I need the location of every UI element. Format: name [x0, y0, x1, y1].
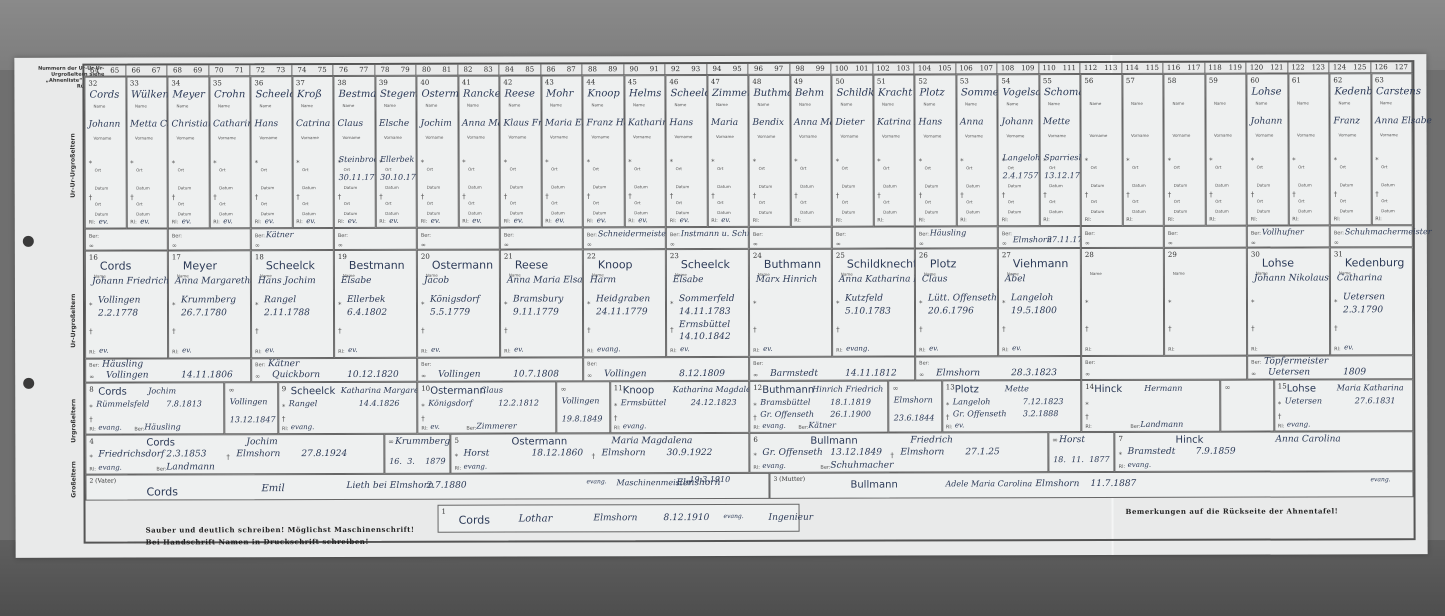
religion: ev.	[431, 217, 441, 225]
died-symbol: †	[614, 414, 618, 422]
surname: Kracht	[878, 87, 912, 98]
vorname-label: Vorname	[1297, 132, 1315, 137]
ancestor-card-29: 29Name*†Rl:	[1164, 248, 1247, 356]
ort-label: Ort	[676, 166, 682, 171]
religion-label: Rl:	[794, 218, 801, 224]
surname: Ostermann	[430, 386, 486, 397]
beruf-label: Ber:	[1168, 231, 1178, 237]
top-number: 70	[215, 66, 224, 74]
ancestor-number: 44	[586, 78, 595, 86]
occupation: Kätner	[268, 359, 299, 369]
died-symbol: †	[255, 193, 259, 201]
birth-date: 7.9.1859	[1196, 447, 1236, 457]
religion: ev.	[680, 216, 690, 224]
datum-label: Datum	[1008, 209, 1022, 214]
top-number-pair: 7879	[375, 65, 417, 76]
born-symbol: *	[1168, 299, 1172, 307]
top-number-pair: 120121	[1246, 63, 1288, 74]
ancestor-card-40: 40OstermannNameJochimVorname*OrtDatum†Or…	[416, 76, 458, 228]
religion-label: Rl:	[1375, 216, 1382, 222]
surname: Scheelck	[266, 259, 315, 272]
death-date: 30.9.1922	[667, 448, 713, 458]
birth-place: Kutzfeld	[845, 294, 883, 304]
marriage-symbol: ∞	[1085, 371, 1090, 378]
top-number-pair: 6465	[84, 66, 126, 77]
born-symbol: *	[255, 159, 259, 167]
religion: evang.	[762, 462, 786, 470]
beruf-label: Ber:	[1085, 231, 1095, 237]
gen-label-3: Urgroßeltern	[70, 399, 77, 443]
born-symbol: *	[670, 300, 674, 308]
birth-date: 18.12.1860	[532, 448, 584, 458]
religion-label: Rl:	[919, 347, 926, 353]
datum-label: Datum	[593, 210, 607, 215]
beruf-label: Ber:	[753, 361, 763, 367]
marriage-year: 1879	[425, 457, 445, 466]
given-name: Elsabe	[673, 275, 704, 285]
ancestor-card-10: 10OstermannClaus*Königsdorf12.2.1812†Rl:…	[417, 381, 557, 433]
ancestor-card-8: 8CordsJochim*Rümmelsfeld7.8.1813†Rl:evan…	[85, 382, 225, 434]
born-symbol: *	[338, 301, 342, 309]
surname: Buthmann	[764, 258, 821, 271]
ort-label: Ort	[1298, 198, 1304, 203]
death-place: Gr. Offenseth	[760, 410, 814, 419]
top-number: 90	[630, 65, 639, 73]
given-name: Jochim	[421, 119, 452, 129]
ancestor-number: 8	[89, 386, 93, 394]
top-number-pair: 104105	[914, 63, 956, 74]
religion-label: Rl:	[545, 218, 552, 224]
religion-label: Rl:	[670, 218, 677, 224]
ort-label: Ort	[634, 200, 640, 205]
top-number: 84	[505, 66, 514, 74]
footer-remarks: Bemerkungen auf die Rückseite der Ahnent…	[1126, 506, 1339, 516]
ancestor-number: 26	[919, 251, 928, 259]
vorname-label: Vorname	[1256, 133, 1274, 138]
datum-label: Datum	[759, 210, 773, 215]
ort-label: Ort	[302, 201, 308, 206]
name-label: Name	[218, 103, 230, 108]
born-symbol: *	[1085, 299, 1089, 307]
marriage-symbol: ∞	[255, 242, 260, 249]
given-name: Maria Katharina	[1337, 383, 1404, 392]
religion-label: Rl:	[753, 425, 760, 431]
marriage-date: 10.12.1820	[347, 370, 399, 380]
marriage-symbol: ∞	[338, 242, 343, 249]
ort-label: Ort	[759, 200, 765, 205]
birth-place: Lieth bei Elmshorn	[346, 481, 433, 491]
ort-label: Ort	[468, 167, 474, 172]
religion-label: Rl:	[1251, 217, 1258, 223]
given-name: Maria	[711, 118, 738, 128]
religion-label: Rl:	[587, 348, 594, 354]
died-symbol: †	[379, 193, 383, 201]
ancestor-number: 48	[752, 78, 761, 86]
ort-label: Ort	[925, 165, 931, 170]
datum-label: Datum	[883, 210, 897, 215]
religion-label: Rl:	[1209, 217, 1216, 223]
marriage-place: Uetersen	[1268, 367, 1310, 377]
datum-label: Datum	[634, 184, 648, 189]
died-symbol: †	[794, 192, 798, 200]
name-label: Name	[1214, 101, 1226, 106]
surname: Lohse	[1251, 87, 1281, 98]
datum-label: Datum	[385, 185, 399, 190]
marriage-date: 19.8.1849	[562, 414, 603, 423]
datum-label: Datum	[1298, 182, 1312, 187]
birth-place: Ermsbüttel	[621, 398, 666, 407]
ancestor-number: 15	[1278, 383, 1287, 391]
religion-label: Rl:	[753, 218, 760, 224]
top-number: 109	[1021, 64, 1034, 72]
beruf-label: Ber:	[587, 361, 597, 367]
given-name: Hermann	[1144, 384, 1182, 393]
born-symbol: *	[753, 300, 757, 308]
datum-label: Datum	[1298, 208, 1312, 213]
born-symbol: *	[1278, 401, 1282, 409]
religion-label: Rl:	[89, 467, 96, 473]
given-name: Anna Margaretha	[175, 276, 256, 286]
ort-label: Ort	[1091, 199, 1097, 204]
ancestor-card-31: 31KedenburgNameCatharina*Uetersen2.3.179…	[1330, 247, 1413, 355]
datum-label: Datum	[925, 209, 939, 214]
ort-label: Ort	[1049, 165, 1055, 170]
ort-label: Ort	[468, 201, 474, 206]
marriage-box-gen4: Ber:∞HäuslingVollingen14.11.1806	[85, 358, 251, 382]
died-symbol: †	[1334, 190, 1338, 198]
name-label: Name	[716, 102, 728, 107]
datum-label: Datum	[385, 211, 399, 216]
ancestor-card-39: 39StegemannNameElscheVorname*EllerbekOrt…	[375, 76, 417, 228]
vorname-label: Vorname	[841, 134, 859, 139]
religion-label: Rl:	[462, 219, 469, 225]
top-number-pair: 6869	[167, 65, 209, 76]
died-symbol: †	[670, 326, 674, 334]
born-symbol: *	[794, 158, 798, 166]
died-symbol: †	[1278, 413, 1282, 421]
top-number: 74	[298, 66, 307, 74]
ancestor-number: 35	[213, 79, 222, 87]
marriage-place: Vollingen	[604, 369, 646, 379]
marriage-date: 8.12.1809	[679, 369, 725, 379]
ancestor-number: 36	[254, 79, 263, 87]
datum-label: Datum	[759, 184, 773, 189]
death-date: 3.2.1888	[1023, 409, 1059, 418]
died-symbol: †	[670, 192, 674, 200]
vorname-label: Vorname	[592, 134, 610, 139]
top-number: 123	[1312, 63, 1325, 71]
marriage-symbol: ∞	[172, 242, 177, 249]
marriage-box-gen3: ∞Vollingen13.12.1847	[225, 382, 278, 434]
given-name: Jochim	[148, 386, 176, 395]
ort-label: Ort	[800, 166, 806, 171]
datum-label: Datum	[510, 211, 524, 216]
beruf-label: Ber:	[89, 234, 99, 240]
name-label: Name	[1131, 101, 1143, 106]
religion: evang.	[1370, 476, 1390, 483]
ort-label: Ort	[1340, 198, 1346, 203]
ancestor-number: 12	[753, 384, 762, 392]
datum-label: Datum	[1049, 183, 1063, 188]
marriage-date: 1809	[1343, 367, 1366, 377]
surname: Knoop	[598, 258, 633, 271]
born-symbol: *	[504, 301, 508, 309]
beruf-label: Ber:	[670, 232, 680, 238]
vorname-label: Vorname	[1380, 132, 1398, 137]
religion-label: Rl:	[614, 425, 621, 431]
occupation: Landmann	[1140, 420, 1183, 429]
ancestor-number: 49	[794, 78, 803, 86]
ancestor-number: 10	[421, 385, 430, 393]
religion: ev.	[389, 217, 399, 225]
surname: Wülken	[131, 89, 169, 100]
datum-label: Datum	[676, 210, 690, 215]
datum-label: Datum	[261, 211, 275, 216]
marriage-box-gen5: Ber:∞	[85, 228, 168, 250]
marriage-box-gen5: Ber:∞Vollhufner	[1247, 225, 1330, 247]
ancestor-number: 53	[960, 77, 969, 85]
surname: Knoop	[623, 385, 655, 396]
top-number: 122	[1291, 63, 1304, 71]
birth-place: Langeloh	[1003, 153, 1041, 162]
ancestor-chart-sheet: Nummern der Ur-Ur-Ur-Urgroßeltern siehe …	[14, 54, 1427, 558]
religion-label: Rl:	[587, 218, 594, 224]
given-name: Katharina Magdalena	[673, 385, 761, 394]
top-number: 98	[796, 65, 805, 73]
religion-label: Rl:	[338, 349, 345, 355]
occupation: Zimmerer	[476, 422, 516, 431]
top-number: 68	[173, 66, 182, 74]
top-number: 88	[588, 65, 597, 73]
born-symbol: *	[421, 301, 425, 309]
name-label: Name	[674, 102, 686, 107]
name-label: Name	[923, 101, 935, 106]
marriage-place: Vollingen	[106, 370, 148, 380]
top-number: 115	[1146, 64, 1159, 72]
ancestor-card-47: 47ZimmermannNameMariaVorname*OrtDatum†Or…	[707, 75, 749, 227]
ancestor-number: 52	[918, 77, 927, 85]
top-number: 107	[980, 64, 993, 72]
datum-label: Datum	[717, 210, 731, 215]
top-number: 69	[193, 66, 202, 74]
death-place: Ermsbüttel	[679, 320, 730, 330]
occupation: Vollhufner	[1262, 227, 1304, 236]
beruf-label: Ber:	[753, 232, 763, 238]
born-symbol: *	[89, 404, 93, 412]
footer-instruction-1: Sauber und deutlich schreiben! Möglichst…	[146, 525, 415, 535]
ort-label: Ort	[1132, 165, 1138, 170]
surname: Ostermann	[432, 259, 493, 272]
surname: Cords	[146, 437, 175, 448]
ort-label: Ort	[593, 200, 599, 205]
religion: evang.	[597, 345, 621, 353]
ancestor-number: 9	[282, 385, 286, 393]
death-place: Gr. Offenseth	[953, 409, 1007, 418]
birth-place: Sommerfeld	[679, 294, 735, 304]
ancestor-card-15: 15LohseMaria Katharina*Uetersen27.6.1831…	[1274, 379, 1414, 431]
birth-date: 14.4.1826	[359, 399, 400, 408]
birth-place: Rümmelsfeld	[96, 399, 149, 408]
ancestor-number: 14	[1085, 383, 1094, 391]
ort-label: Ort	[219, 201, 225, 206]
given-name: Jacob	[424, 276, 449, 286]
vorname-label: Vorname	[1048, 133, 1066, 138]
birth-place: Vollingen	[98, 296, 140, 306]
religion: ev.	[1012, 344, 1022, 352]
datum-label: Datum	[1257, 183, 1271, 188]
datum-label: Datum	[634, 210, 648, 215]
died-symbol: †	[1334, 324, 1338, 332]
surname: Mohr	[546, 88, 574, 99]
ort-label: Ort	[261, 167, 267, 172]
religion: evang.	[1287, 420, 1311, 428]
religion-label: Rl:	[338, 219, 345, 225]
ancestor-number: 62	[1333, 76, 1342, 84]
given-name: Elsabe	[341, 276, 372, 286]
ancestor-card-46: 46ScheelckNameHansVorname*OrtDatum†OrtDa…	[665, 75, 707, 227]
top-number-pair: 124125	[1329, 62, 1371, 73]
born-symbol: *	[282, 403, 286, 411]
top-number: 64	[90, 67, 99, 75]
top-number: 67	[152, 66, 161, 74]
datum-label: Datum	[1215, 209, 1229, 214]
ancestor-number: 56	[1084, 77, 1093, 85]
religion-label: Rl:	[960, 217, 967, 223]
ort-label: Ort	[1091, 165, 1097, 170]
ancestor-card-30: 30LohseNameJohann Nikolaus*†Rl:	[1247, 247, 1330, 355]
born-symbol: *	[587, 300, 591, 308]
marriage-symbol: ∞	[561, 385, 567, 393]
religion-label: Rl:	[504, 349, 511, 355]
top-number: 85	[525, 65, 534, 73]
ancestor-number: 18	[255, 253, 264, 261]
marriage-symbol: ∞	[1168, 240, 1173, 247]
died-symbol: †	[213, 193, 217, 201]
beruf-label: Ber:	[421, 362, 431, 368]
top-number: 80	[422, 66, 431, 74]
marriage-symbol: ∞	[1334, 239, 1339, 246]
marriage-symbol: ∞	[89, 243, 94, 250]
ort-label: Ort	[219, 167, 225, 172]
birth-place: Langeloh	[953, 397, 991, 406]
ort-label: Ort	[966, 165, 972, 170]
datum-label: Datum	[1174, 209, 1188, 214]
religion-label: Rl:	[1334, 346, 1341, 352]
religion: ev.	[223, 217, 233, 225]
top-number-pair: 122123	[1288, 62, 1330, 73]
religion-label: Rl:	[946, 424, 953, 430]
top-number: 94	[713, 65, 722, 73]
marriage-date: 13.12.1847	[230, 415, 276, 424]
datum-label: Datum	[717, 184, 731, 189]
ancestor-card-56: 56NameVorname*OrtDatum†OrtDatumRl:	[1080, 74, 1122, 226]
marriage-box-gen5: Ber:∞	[1164, 226, 1247, 248]
marriage-box-gen5: Ber:∞	[417, 228, 500, 250]
top-number: 117	[1187, 64, 1200, 72]
religion-label: Rl:	[255, 219, 262, 225]
religion: ev.	[514, 346, 524, 354]
ancestor-number: 24	[753, 252, 762, 260]
religion-label: Rl:	[877, 218, 884, 224]
surname: Schildknecht	[847, 257, 918, 270]
marriage-box-gen5: Ber:∞Schuhmachermeister	[1330, 225, 1413, 247]
died-symbol: †	[1126, 191, 1130, 199]
vorname-label: Vorname	[94, 136, 112, 141]
given-name: Emil	[261, 483, 284, 494]
religion-label: Rl:	[421, 349, 428, 355]
ancestor-card-38: 38BestmannNameClausVorname*SteinbrookOrt…	[333, 76, 375, 228]
birth-place: Krummberg	[181, 295, 236, 305]
born-symbol: *	[172, 301, 176, 309]
top-number: 108	[1001, 64, 1014, 72]
given-name: Hans	[670, 118, 694, 128]
birth-place: Elmshorn	[594, 513, 638, 523]
born-symbol: *	[1251, 299, 1255, 307]
ort-label: Ort	[1132, 199, 1138, 204]
punch-hole	[23, 378, 34, 389]
footer-instruction-2: Bei Handschrift Namen in Druckschrift sc…	[146, 537, 369, 547]
name-label: Name	[1089, 101, 1101, 106]
ort-label: Ort	[1174, 165, 1180, 170]
top-number: 102	[876, 65, 889, 73]
religion: evang.	[762, 422, 786, 430]
datum-label: Datum	[551, 184, 565, 189]
surname: Ostermann	[512, 436, 568, 447]
proband-card: 1CordsLotharElmshorn8.12.1910evang.Ingen…	[438, 504, 800, 533]
ort-label: Ort	[842, 166, 848, 171]
died-symbol: †	[504, 327, 508, 335]
ort-label: Ort	[261, 201, 267, 206]
top-number-pair: 9697	[748, 64, 790, 75]
born-symbol: *	[1085, 401, 1089, 409]
marriage-symbol: ∞	[1225, 384, 1231, 392]
surname: Scheelck	[681, 258, 730, 271]
datum-label: Datum	[842, 184, 856, 189]
top-number: 96	[754, 65, 763, 73]
religion: ev.	[597, 216, 607, 224]
marriage-place: Elmshorn	[894, 395, 933, 404]
name-label: Name	[591, 102, 603, 107]
religion-label: Rl:	[1334, 216, 1341, 222]
given-name: Johann Friedrich	[92, 276, 169, 286]
ancestor-card-57: 57NameVorname*OrtDatum†OrtDatumRl:	[1122, 74, 1164, 226]
religion-label: Rl:	[255, 349, 262, 355]
top-number: 93	[691, 65, 700, 73]
ancestor-card-21: 21ReeseNameAnna Maria Elsabe*Bramsbury9.…	[500, 249, 583, 357]
ort-label: Ort	[427, 201, 433, 206]
died-symbol: †	[592, 452, 596, 460]
beruf-label: Ber:	[89, 363, 99, 369]
marriage-box-gen4: Ber:∞Elmshorn28.3.1823	[915, 356, 1081, 380]
datum-label: Datum	[551, 210, 565, 215]
top-number-pair: 126127	[1371, 62, 1413, 73]
top-number-pair: 9899	[790, 64, 832, 75]
religion-label: Rl:	[172, 349, 179, 355]
given-name: Marx Hinrich	[756, 275, 817, 285]
surname: Bullmann	[810, 436, 857, 447]
died-symbol: †	[1209, 191, 1213, 199]
given-name: Christian	[172, 119, 214, 129]
ort-label: Ort	[883, 166, 889, 171]
datum-label: Datum	[800, 210, 814, 215]
born-symbol: *	[421, 403, 425, 411]
datum-label: Datum	[593, 184, 607, 189]
religion: ev.	[265, 346, 275, 354]
top-number: 104	[918, 64, 931, 72]
datum-label: Datum	[1132, 209, 1146, 214]
vorname-label: Vorname	[467, 135, 485, 140]
religion-label: Rl:	[172, 219, 179, 225]
